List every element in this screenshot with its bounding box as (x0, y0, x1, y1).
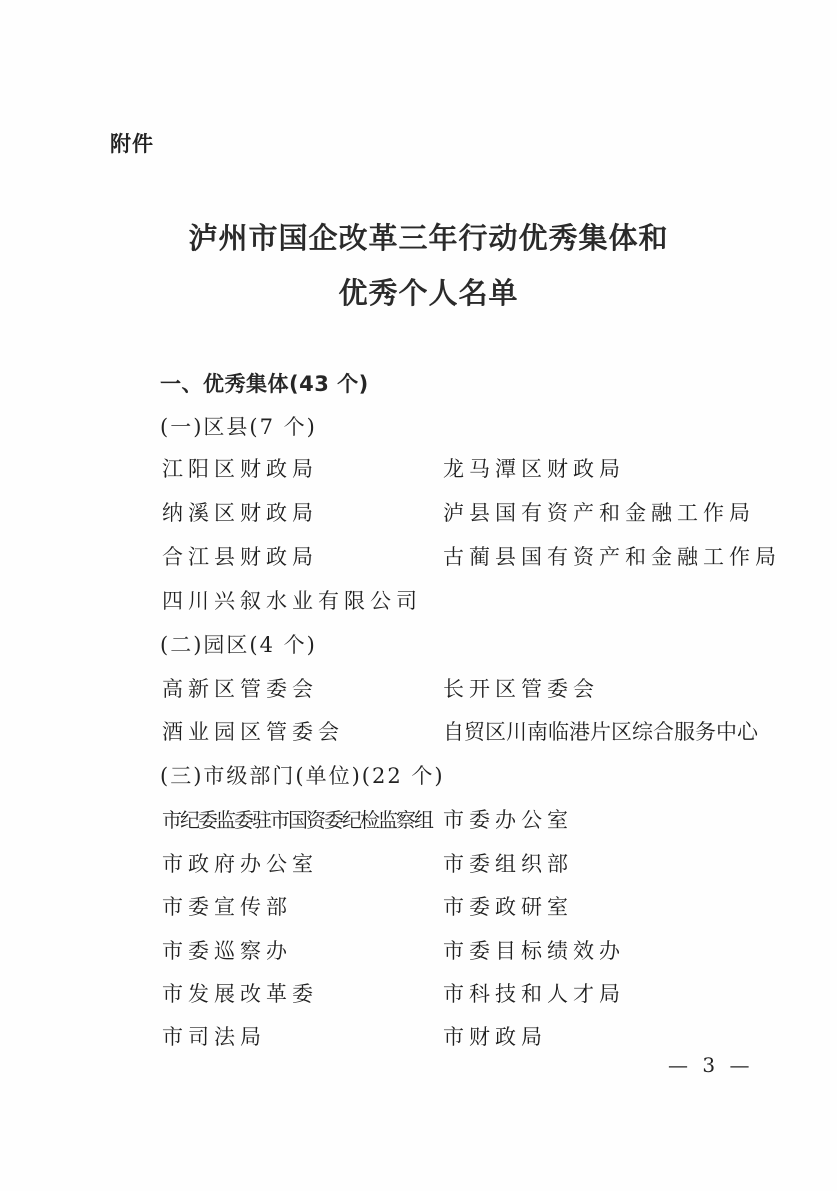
list-row: 合江县财政局 古蔺县国有资产和金融工作局 (0, 541, 837, 571)
list-item: 市科技和人才局 (443, 978, 625, 1008)
list-item: 市委巡察办 (162, 935, 292, 965)
list-row: 市委巡察办 市委目标绩效办 (0, 935, 837, 965)
subsection-heading-parks: (二)园区(4 个) (160, 629, 317, 659)
list-row: 市委宣传部 市委政研室 (0, 891, 837, 921)
list-item: 高新区管委会 (162, 673, 318, 703)
list-item: 泸县国有资产和金融工作局 (443, 497, 755, 527)
list-row: 市司法局 市财政局 (0, 1021, 837, 1051)
list-row: 四川兴叙水业有限公司 (0, 585, 837, 615)
document-page: 附件 泸州市国企改革三年行动优秀集体和 优秀个人名单 一、优秀集体(43 个) … (0, 0, 837, 1191)
list-row: 酒业园区管委会 自贸区川南临港片区综合服务中心 (0, 716, 837, 746)
section-heading-excellent-collectives: 一、优秀集体(43 个) (160, 368, 369, 398)
list-item: 合江县财政局 (162, 541, 318, 571)
list-row: 高新区管委会 长开区管委会 (0, 673, 837, 703)
list-row: 市发展改革委 市科技和人才局 (0, 978, 837, 1008)
subsection-heading-city-departments: (三)市级部门(单位)(22 个) (160, 760, 445, 790)
list-item: 市委宣传部 (162, 891, 292, 921)
list-item: 自贸区川南临港片区综合服务中心 (443, 716, 758, 746)
document-title-line-1: 泸州市国企改革三年行动优秀集体和 (10, 216, 837, 257)
list-item: 江阳区财政局 (162, 453, 318, 483)
list-row: 纳溪区财政局 泸县国有资产和金融工作局 (0, 497, 837, 527)
list-row: 市纪委监委驻市国资委纪检监察组 市委办公室 (0, 804, 837, 834)
attachment-label: 附件 (110, 128, 154, 158)
list-row: 市政府办公室 市委组织部 (0, 848, 837, 878)
list-item: 市司法局 (162, 1021, 266, 1051)
list-item: 酒业园区管委会 (162, 716, 344, 746)
page-number: — 3 — (668, 1053, 753, 1077)
list-item: 市委政研室 (443, 891, 573, 921)
document-title-line-2: 优秀个人名单 (10, 271, 837, 312)
list-row: 江阳区财政局 龙马潭区财政局 (0, 453, 837, 483)
list-item: 长开区管委会 (443, 673, 599, 703)
list-item: 市委办公室 (443, 804, 573, 834)
list-item: 古蔺县国有资产和金融工作局 (443, 541, 781, 571)
list-item: 市政府办公室 (162, 848, 318, 878)
list-item: 龙马潭区财政局 (443, 453, 625, 483)
list-item: 市发展改革委 (162, 978, 318, 1008)
subsection-heading-districts: (一)区县(7 个) (160, 411, 317, 441)
list-item: 纳溪区财政局 (162, 497, 318, 527)
list-item: 市委目标绩效办 (443, 935, 625, 965)
list-item: 四川兴叙水业有限公司 (162, 585, 422, 615)
list-item: 市财政局 (443, 1021, 547, 1051)
list-item: 市委组织部 (443, 848, 573, 878)
list-item: 市纪委监委驻市国资委纪检监察组 (162, 804, 432, 833)
